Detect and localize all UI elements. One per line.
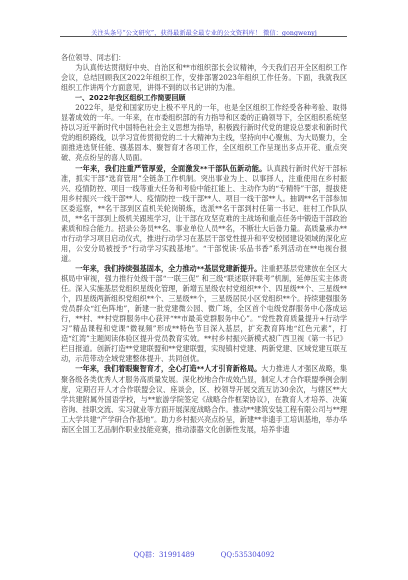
intro-paragraph: 为认真传达贯彻好中央、自治区和**市组织部长会议精神，今天我们召开全区组织工作会… [61,63,347,93]
paragraph-text: 注重把基层党建放在全区大棋局中审视，强力推行处级干部“一联三促” 和三级“联述联… [61,264,347,363]
paragraph-text: 大力推进人才强区战略，集聚各级各类优秀人才服务高质量发展。深化校地合作成效凸显，… [61,364,347,433]
paragraph-cadres: 一年来，我们注重严管厚爱，全面激发**干部队伍新动能。认真践行新时代好干部标准，… [61,164,347,264]
paragraph-text: 认真践行新时代好干部标准，抓实干部“选育管用”全链条工作机制。突出事业为上、以事… [61,164,347,263]
paragraph-lead: 一年来，我们持续强基固本，全力推动**基层党建新提升。 [75,264,261,273]
greeting: 各位领导、同志们： [61,53,347,63]
paragraph-grassroots: 一年来，我们持续强基固本，全力推动**基层党建新提升。注重把基层党建放在全区大棋… [61,264,347,364]
document-page: 关注头条号“公文研究”，获得最新最全最专业的公文资料库！ 微信：gongweny… [0,0,408,580]
section-heading: 一、2022年我区组织工作简要回顾 [61,93,347,103]
paragraph-lead: 一年来，我们着眼聚智育才，全心打造**人才引育新格局。 [75,364,261,373]
qq-group-text: QQ群：31991489 [133,551,194,559]
paragraph-lead: 一年来，我们注重严管厚爱，全面激发**干部队伍新动能。 [75,164,266,173]
header-divider [60,36,347,37]
document-body: 各位领导、同志们： 为认真传达贯彻好中央、自治区和**市组织部长会议精神，今天我… [61,53,347,435]
footer-contact: QQ群：31991489QQ:535304092 [0,550,408,560]
paragraph-talent: 一年来，我们着眼聚智育才，全心打造**人才引育新格局。大力推进人才强区战略，集聚… [61,364,347,434]
qq-number-text: QQ:535304092 [221,551,275,559]
section-intro-paragraph: 2022年，是党和国家历史上极不平凡的一年，也是全区组织工作经受各种考验、取得显… [61,103,347,163]
